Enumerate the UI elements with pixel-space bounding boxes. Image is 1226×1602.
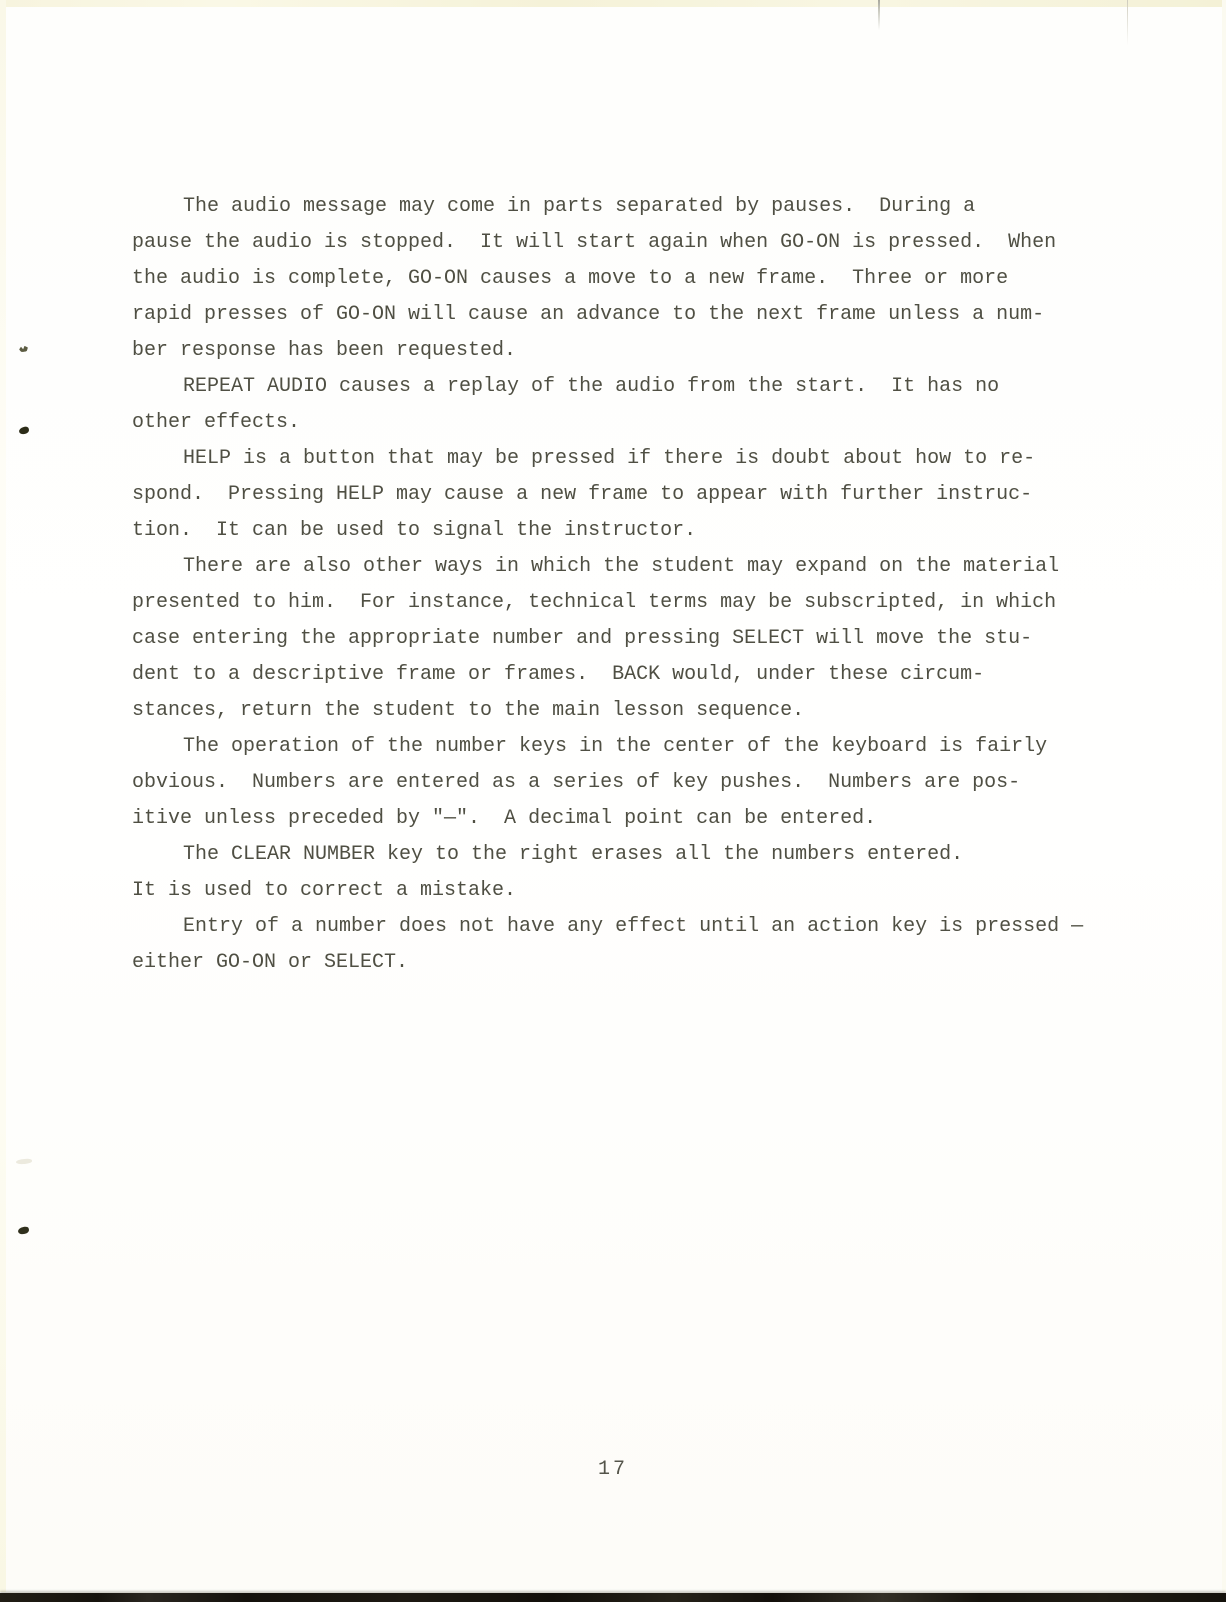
scan-left-edge-band (0, 0, 6, 1592)
margin-ink-speck (17, 1226, 29, 1235)
text-line: presented to him. For instance, technica… (132, 585, 1092, 621)
text-line: There are also other ways in which the s… (132, 549, 1092, 585)
paragraph: Entry of a number does not have any effe… (132, 909, 1092, 981)
text-line: spond. Pressing HELP may cause a new fra… (132, 477, 1092, 513)
paragraph: The operation of the number keys in the … (132, 729, 1092, 837)
text-line: other effects. (132, 405, 1092, 441)
scan-top-edge-band (0, 0, 1226, 7)
scanned-page: The audio message may come in parts sepa… (0, 0, 1226, 1602)
text-line: rapid presses of GO-ON will cause an adv… (132, 297, 1092, 333)
text-line: obvious. Numbers are entered as a series… (132, 765, 1092, 801)
scan-right-edge-band (1222, 0, 1226, 1592)
text-line: dent to a descriptive frame or frames. B… (132, 657, 1092, 693)
text-line: itive unless preceded by "—". A decimal … (132, 801, 1092, 837)
paragraph: The CLEAR NUMBER key to the right erases… (132, 837, 1092, 909)
text-line: the audio is complete, GO-ON causes a mo… (132, 261, 1092, 297)
text-line: The operation of the number keys in the … (132, 729, 1092, 765)
paragraph: REPEAT AUDIO causes a replay of the audi… (132, 369, 1092, 441)
text-line: tion. It can be used to signal the instr… (132, 513, 1092, 549)
text-line: It is used to correct a mistake. (132, 873, 1092, 909)
text-line: The audio message may come in parts sepa… (132, 189, 1092, 225)
text-line: HELP is a button that may be pressed if … (132, 441, 1092, 477)
paragraph: There are also other ways in which the s… (132, 549, 1092, 729)
text-line: The CLEAR NUMBER key to the right erases… (132, 837, 1092, 873)
text-line: ber response has been requested. (132, 333, 1092, 369)
margin-ink-speck (19, 344, 29, 352)
text-line: Entry of a number does not have any effe… (132, 909, 1092, 945)
margin-ink-speck (18, 426, 29, 435)
scan-crease-mark (1127, 0, 1128, 46)
text-line: either GO-ON or SELECT. (132, 945, 1092, 981)
text-line: pause the audio is stopped. It will star… (132, 225, 1092, 261)
text-line: stances, return the student to the main … (132, 693, 1092, 729)
text-line: REPEAT AUDIO causes a replay of the audi… (132, 369, 1092, 405)
scan-crease-mark (878, 0, 880, 30)
text-line: case entering the appropriate number and… (132, 621, 1092, 657)
page-number: 17 (0, 1458, 1226, 1481)
margin-ink-speck (16, 1158, 32, 1164)
paragraph: HELP is a button that may be pressed if … (132, 441, 1092, 549)
scan-bottom-edge-bar (0, 1593, 1226, 1602)
paragraph: The audio message may come in parts sepa… (132, 189, 1092, 369)
document-text: The audio message may come in parts sepa… (132, 189, 1092, 981)
